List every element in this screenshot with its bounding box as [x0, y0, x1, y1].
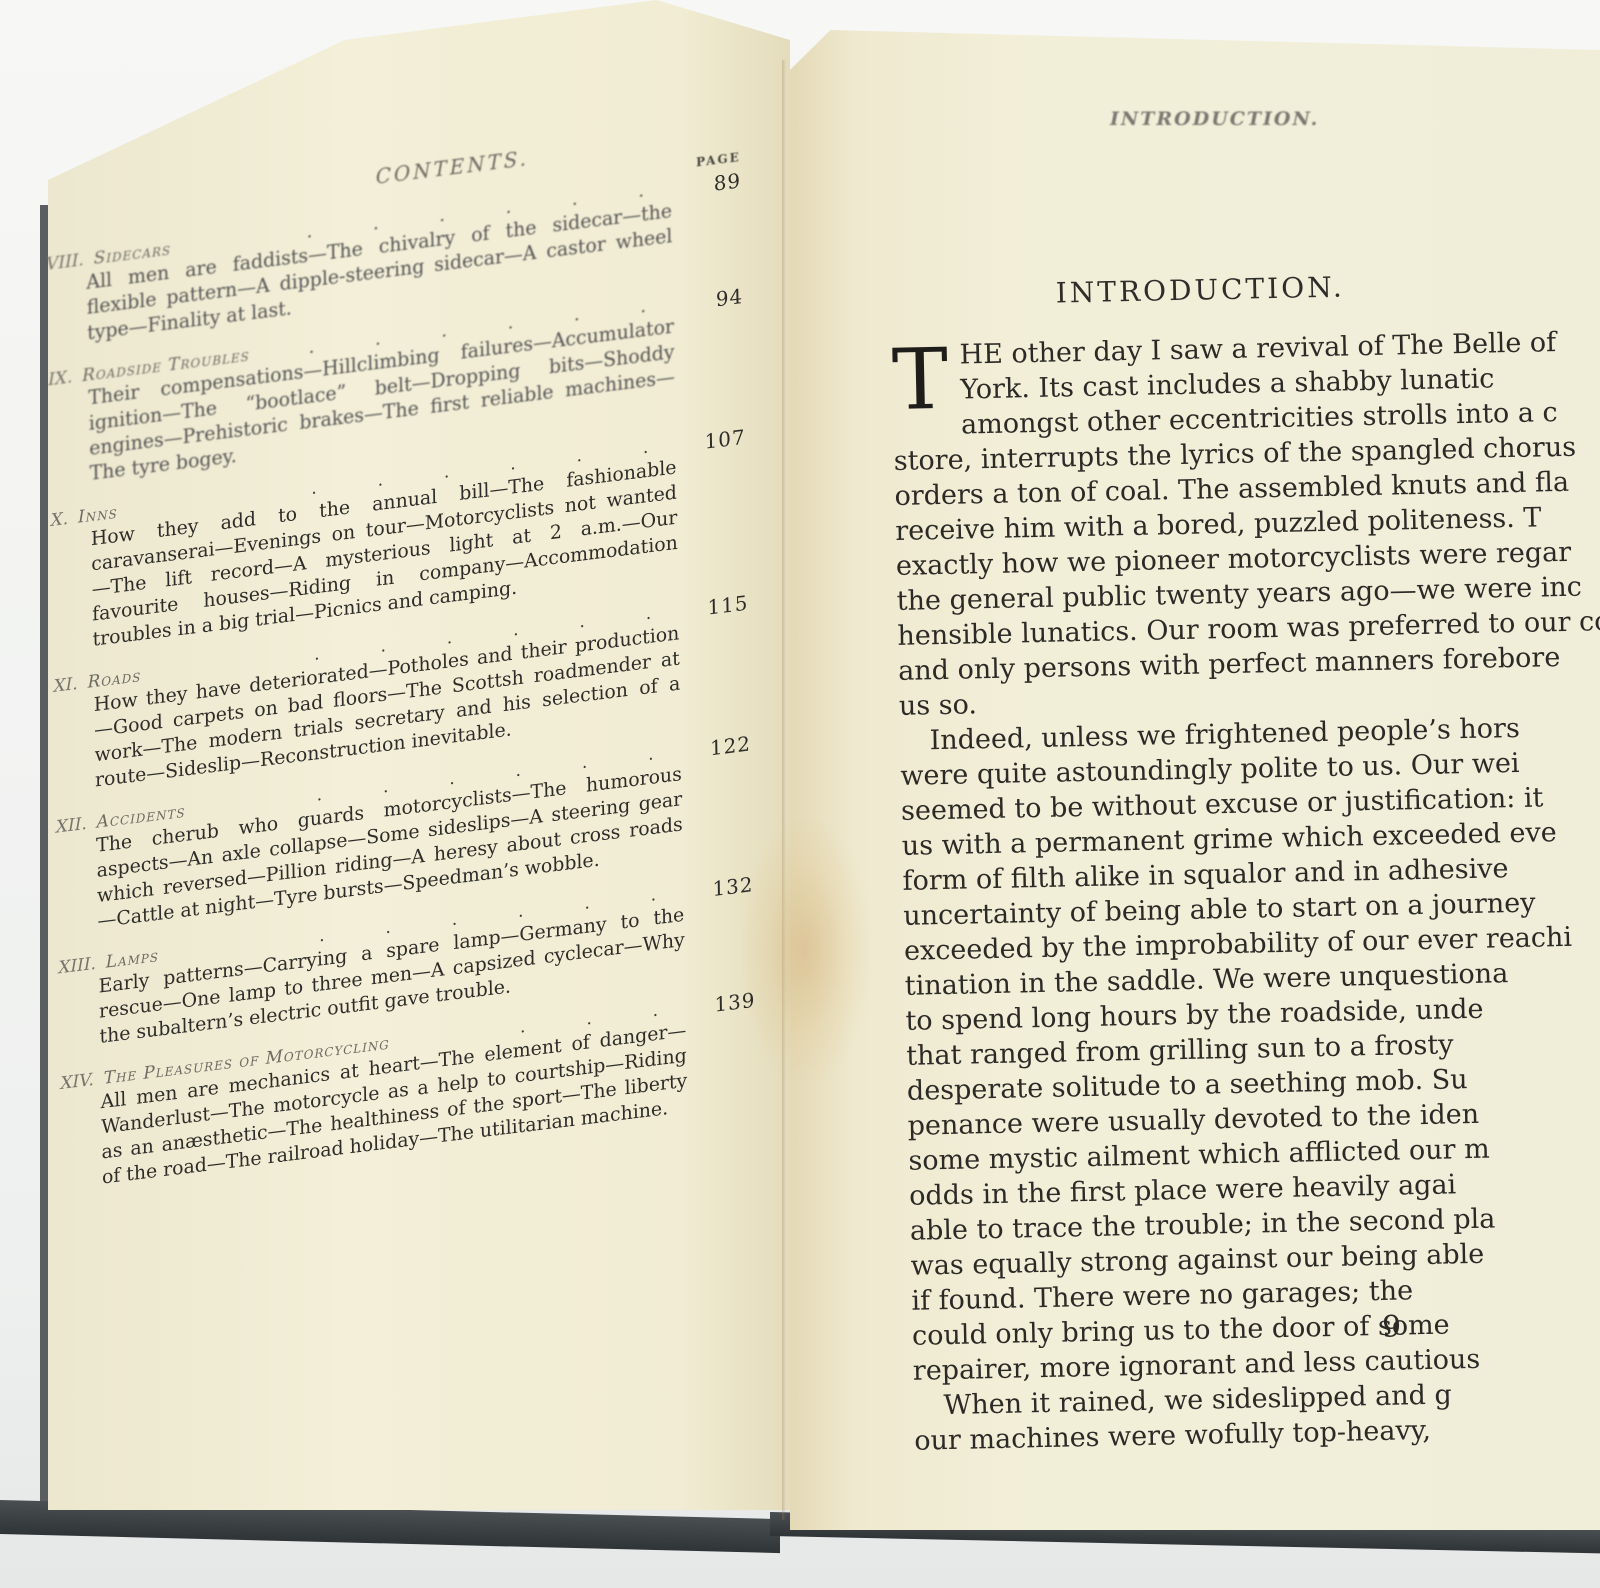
table-of-contents: CONTENTS. PAGE VIII. Sidecars . . . . . … [45, 120, 757, 1214]
introduction-section: INTRODUCTION. T HE other day I saw a rev… [890, 265, 1600, 1459]
chapter-number: XII. [56, 813, 87, 839]
chapter-page: 94 [716, 284, 744, 311]
chapter-page: 115 [707, 591, 748, 620]
book-gutter [782, 60, 786, 1520]
chapter-page: 89 [714, 168, 742, 195]
chapter-number: XIV. [60, 1069, 94, 1095]
chapter-number: X. [51, 508, 69, 532]
chapter-number: XIII. [58, 953, 96, 980]
chapter-number: XI. [53, 673, 77, 698]
chapter-number: VIII. [46, 249, 84, 276]
drop-cap: T [891, 344, 948, 415]
chapter-page: 107 [704, 425, 745, 454]
body-text: T HE other day I saw a revival of The Be… [891, 323, 1600, 1458]
page-number: 9 [1382, 1310, 1401, 1345]
chapter-page: 132 [712, 872, 753, 901]
chapter-page: 122 [710, 731, 751, 760]
chapter-page: 139 [714, 988, 755, 1017]
chapter-number: IX. [48, 366, 72, 391]
running-head-introduction: INTRODUCTION. [1110, 108, 1319, 130]
